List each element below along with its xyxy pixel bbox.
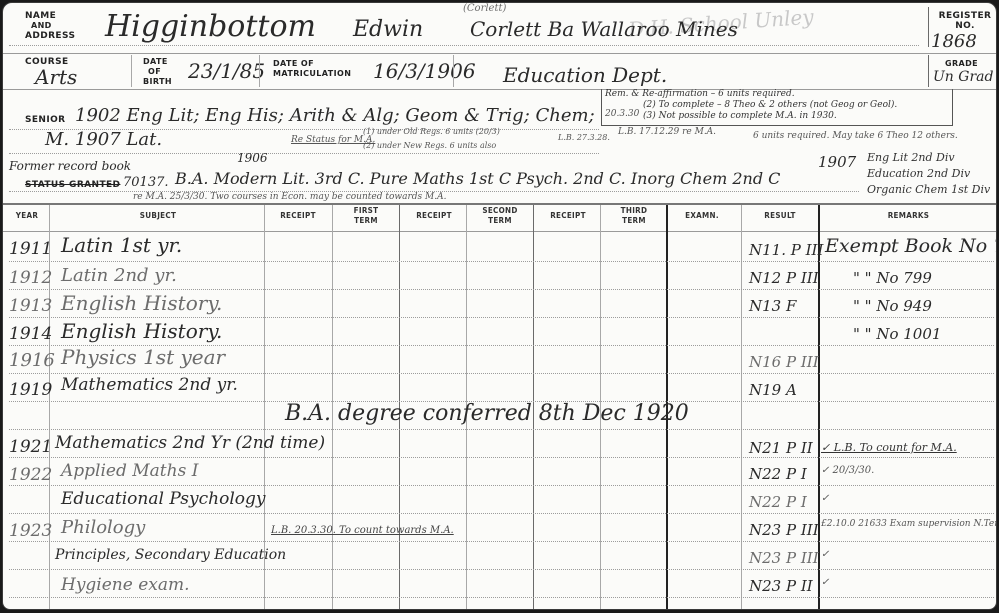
row-remarks: ✓	[821, 493, 829, 504]
degree-conferred-note: B.A. degree conferred 8th Dec 1920	[285, 401, 689, 426]
former-record-note: Former record book	[9, 159, 131, 173]
col-year-header: Year	[7, 211, 47, 221]
row-result: N12 P III	[749, 269, 819, 287]
row-remarks: £2.10.0 21633 Exam supervision N.Terrace	[821, 519, 997, 529]
col-remarks-header: Remarks	[821, 211, 996, 221]
row-remarks: ✓ L.B. To count for M.A.	[821, 441, 957, 454]
row-remarks: " " No 949	[853, 297, 932, 315]
units-required-note: 6 units required. May take 6 Theo 12 oth…	[753, 131, 958, 141]
row-year: 1911	[9, 239, 52, 259]
row-subject: Mathematics 2nd yr.	[61, 375, 238, 395]
right-note-2: Education 2nd Div	[867, 167, 970, 180]
row-result: N16 P III	[749, 353, 819, 371]
col-second-term-header: SecondTerm	[467, 206, 533, 226]
col-receipt3-header: Receipt	[535, 211, 601, 221]
regs-note-1: (1) under Old Regs. 6 units (20/3)	[363, 127, 500, 136]
row-subject: English History.	[61, 319, 222, 343]
col-result-header: Result	[741, 211, 819, 221]
lb-date-1: L.B. 27.3.28.	[558, 133, 610, 142]
rem-box-title: Rem. & Re-affirmation – 6 units required…	[605, 89, 795, 99]
row-subject: Applied Maths I	[61, 461, 198, 481]
right-note-3: Organic Chem 1st Div	[867, 183, 990, 196]
status-year: 1906	[237, 151, 268, 165]
ma-note: re M.A. 25/3/30. Two courses in Econ. ma…	[133, 192, 446, 202]
dob-value: 23/1/85	[188, 59, 265, 83]
row-result: N19 A	[749, 381, 797, 399]
row-subject: Latin 2nd yr.	[61, 265, 177, 286]
row-remarks: Exempt Book No 727	[825, 235, 997, 257]
row-year: 1921	[9, 437, 52, 457]
status-granted-value: 70137.	[123, 175, 169, 190]
row-subject: Physics 1st year	[61, 345, 225, 369]
row-subject: Hygiene exam.	[61, 575, 190, 595]
surname: Higginbottom	[105, 9, 316, 44]
rem-box-line-3: (3) Not possible to complete M.A. in 193…	[643, 111, 837, 121]
col-third-term-header: ThirdTerm	[601, 206, 667, 226]
col-receipt1-header: Receipt	[265, 211, 331, 221]
grade-label: Grade	[945, 59, 978, 69]
row-result: N21 P II	[749, 439, 813, 457]
row-year: 1914	[9, 324, 52, 344]
rem-box-line-2: (2) To complete – 8 Theo & 2 others (not…	[643, 100, 897, 110]
row-subject: Philology	[61, 517, 145, 538]
regs-note-2: (2) under New Regs. 6 units also	[363, 141, 496, 150]
col-receipt2-header: Receipt	[401, 211, 467, 221]
status-granted-label: Status Granted	[25, 180, 120, 190]
row-remarks: " " No 799	[853, 269, 932, 287]
col-first-term-header: FirstTerm	[333, 206, 399, 226]
row-year: 1916	[9, 350, 55, 371]
senior-label: Senior	[25, 115, 66, 125]
row-result: N22 P I	[749, 465, 807, 483]
row-remarks: ✓	[821, 549, 829, 560]
row-year: 1923	[9, 521, 52, 541]
row-subject: Latin 1st yr.	[61, 233, 182, 257]
course-value: Arts	[35, 65, 77, 89]
col-examn-header: Examn.	[669, 211, 735, 221]
row-result: N23 P III	[749, 549, 819, 567]
row-result: N23 P II	[749, 577, 813, 595]
employer: Education Dept.	[503, 63, 667, 87]
rem-box-date: 20.3.30	[605, 109, 639, 119]
matric-label: Date of Matriculation	[273, 59, 351, 79]
row-result: N23 P III	[749, 521, 819, 539]
year-1907: 1907	[818, 153, 856, 171]
name-label: Name and Address	[25, 11, 75, 41]
row-result: N13 F	[749, 297, 796, 315]
row-year: 1912	[9, 268, 52, 288]
row-result: N11. P III	[749, 241, 823, 259]
row-year: 1913	[9, 296, 52, 316]
matric-value: 16/3/1906	[373, 59, 476, 83]
row-year: 1922	[9, 465, 52, 485]
row-subject: Principles, Secondary Education	[55, 547, 286, 563]
status-line: B.A. Modern Lit. 3rd C. Pure Maths 1st C…	[175, 169, 780, 188]
given-name: Edwin	[353, 17, 423, 42]
row-remarks: ✓	[821, 577, 829, 588]
row-subject: English History.	[61, 291, 222, 315]
row-year: 1919	[9, 380, 52, 400]
dob-label: Date of Birth	[143, 57, 172, 87]
lb-count-note: L.B. 20.3.30. To count towards M.A.	[271, 525, 454, 536]
address: Corlett Ba Wallaroo Mines	[470, 17, 738, 41]
register-no-label: Register No.	[936, 11, 994, 31]
row-subject: Mathematics 2nd Yr (2nd time)	[55, 433, 325, 453]
right-note-1: Eng Lit 2nd Div	[867, 151, 955, 164]
senior-value: 1902 Eng Lit; Eng His; Arith & Alg; Geom…	[75, 105, 595, 126]
row-remarks: ✓ 20/3/30.	[821, 465, 874, 476]
student-record-card: D.H. School Unley Name and Address Higgi…	[2, 2, 997, 610]
row-subject: Educational Psychology	[61, 489, 266, 509]
lb-date-2: L.B. 17.12.29 re M.A.	[618, 127, 716, 137]
col-subject-header: Subject	[53, 211, 263, 221]
row-result: N22 P I	[749, 493, 807, 511]
alt-name-note: (Corlett)	[463, 3, 506, 14]
register-no-value: 1868	[931, 31, 977, 52]
matric-note: M. 1907 Lat.	[45, 129, 162, 150]
row-remarks: " " No 1001	[853, 325, 941, 343]
grade-value: Un Grad	[933, 69, 993, 85]
